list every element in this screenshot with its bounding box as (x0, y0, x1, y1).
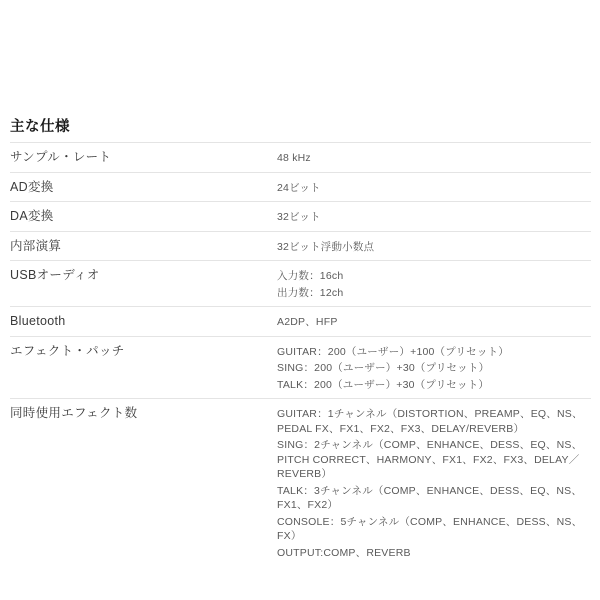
spec-value-line: GUITAR：200（ユーザー）+100（プリセット） (277, 345, 591, 360)
spec-row-label: 同時使用エフェクト数 (10, 406, 277, 421)
spec-row-label: USBオーディオ (10, 268, 277, 283)
spec-row-label: 内部演算 (10, 239, 277, 254)
spec-row-values: A2DP、HFP (277, 314, 591, 330)
spec-row: AD変換24ビット (10, 173, 591, 203)
spec-row-values: 32ビット (277, 209, 591, 225)
spec-value-line: A2DP、HFP (277, 315, 591, 330)
spec-value-line: 32ビット (277, 210, 591, 225)
spec-row: BluetoothA2DP、HFP (10, 307, 591, 337)
spec-value-line: GUITAR：1チャンネル（DISTORTION、PREAMP、EQ、NS、PE… (277, 407, 591, 436)
spec-row-label: AD変換 (10, 180, 277, 195)
spec-value-line: TALK：3チャンネル（COMP、ENHANCE、DESS、EQ、NS、FX1、… (277, 484, 591, 513)
spec-row-values: 32ビット浮動小数点 (277, 239, 591, 255)
spec-row-label: DA変換 (10, 209, 277, 224)
spec-table: サンプル・レート48 kHzAD変換24ビットDA変換32ビット内部演算32ビッ… (10, 142, 591, 566)
spec-value-line: 32ビット浮動小数点 (277, 240, 591, 255)
spec-row: 同時使用エフェクト数GUITAR：1チャンネル（DISTORTION、PREAM… (10, 399, 591, 566)
spec-row: エフェクト・パッチGUITAR：200（ユーザー）+100（プリセット）SING… (10, 337, 591, 400)
spec-row-values: GUITAR：1チャンネル（DISTORTION、PREAMP、EQ、NS、PE… (277, 406, 591, 560)
spec-value-line: TALK：200（ユーザー）+30（プリセット） (277, 378, 591, 393)
spec-value-line: CONSOLE：5チャンネル（COMP、ENHANCE、DESS、NS、FX） (277, 515, 591, 544)
spec-row-values: GUITAR：200（ユーザー）+100（プリセット）SING：200（ユーザー… (277, 344, 591, 393)
spec-row: 内部演算32ビット浮動小数点 (10, 232, 591, 262)
spec-row: USBオーディオ入力数：16ch出力数：12ch (10, 261, 591, 307)
spec-row-label: サンプル・レート (10, 150, 277, 165)
spec-value-line: OUTPUT:COMP、REVERB (277, 546, 591, 561)
page-title: 主な仕様 (10, 119, 591, 135)
spec-row-values: 48 kHz (277, 150, 591, 166)
spec-value-line: SING：2チャンネル（COMP、ENHANCE、DESS、EQ、NS、PITC… (277, 438, 591, 482)
spec-value-line: SING：200（ユーザー）+30（プリセット） (277, 361, 591, 376)
spec-row-values: 24ビット (277, 180, 591, 196)
spec-value-line: 入力数：16ch (277, 269, 591, 284)
spec-value-line: 24ビット (277, 181, 591, 196)
spec-value-line: 出力数：12ch (277, 286, 591, 301)
spec-row-label: エフェクト・パッチ (10, 344, 277, 359)
spec-row: DA変換32ビット (10, 202, 591, 232)
spec-value-line: 48 kHz (277, 151, 591, 166)
spec-row-label: Bluetooth (10, 314, 277, 329)
spec-row: サンプル・レート48 kHz (10, 143, 591, 173)
spec-page: 主な仕様 サンプル・レート48 kHzAD変換24ビットDA変換32ビット内部演… (0, 0, 600, 600)
spec-row-values: 入力数：16ch出力数：12ch (277, 268, 591, 300)
